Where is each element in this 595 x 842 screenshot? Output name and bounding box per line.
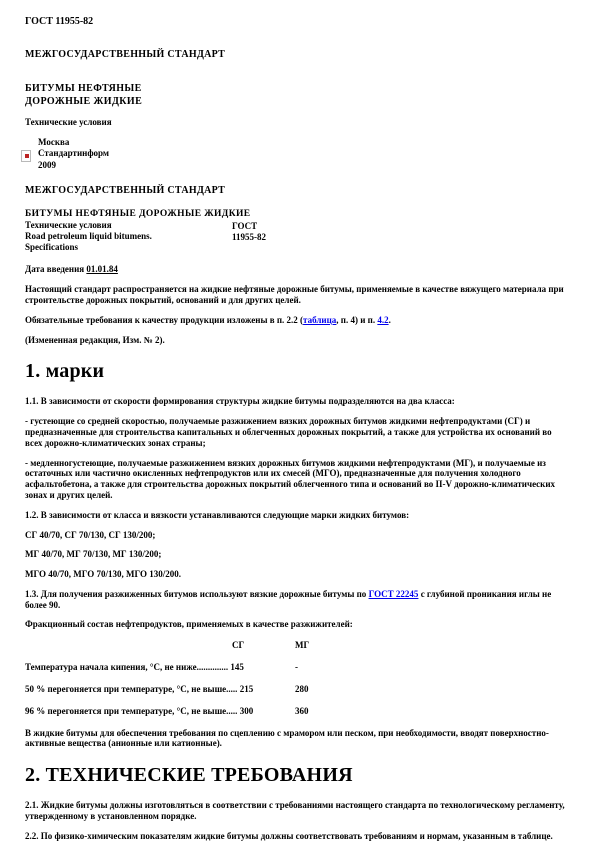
clause-4-2-link[interactable]: 4.2 [377,315,388,325]
fraction-row-initial-boiling: Температура начала кипения, °С, не ниже.… [25,662,570,673]
clause-2-1: 2.1. Жидкие битумы должны изготовляться … [25,800,570,822]
date-label: Дата введения [25,264,86,274]
scope-paragraph: Настоящий стандарт распространяется на ж… [25,284,570,306]
fraction-row-sg-value: 215 [240,684,254,694]
fraction-intro: Фракционный состав нефтепродуктов, приме… [25,619,570,630]
fraction-row-sg-value: 145 [230,662,244,672]
gost-label: ГОСТ [232,221,266,232]
fraction-row-sg-value: 300 [240,706,254,716]
title-line2: ДОРОЖНЫЕ ЖИДКИЕ [25,96,142,107]
marks-mg-line: МГ 40/70, МГ 70/130, МГ 130/200; [25,549,570,560]
publisher-name: Стандартинформ [38,148,570,160]
gost-22245-link[interactable]: ГОСТ 22245 [369,589,419,599]
fraction-table-header: СГ МГ [25,640,570,651]
doc-number-top: ГОСТ 11955-82 [25,16,570,28]
effective-date-line: Дата введения 01.01.84 [25,264,570,275]
document-page: ГОСТ 11955-82 МЕЖГОСУДАРСТВЕННЫЙ СТАНДАР… [0,0,595,842]
inner-subtitle-en: Road petroleum liquid bitumens. [25,231,570,242]
document-title: БИТУМЫ НЕФТЯНЫЕДОРОЖНЫЕ ЖИДКИЕ [25,83,570,108]
standard-type-top: МЕЖГОСУДАРСТВЕННЫЙ СТАНДАРТ [25,49,570,61]
table-link[interactable]: таблица [303,315,336,325]
fraction-row-label: 96 % перегоняется при температуре, °С, н… [25,706,240,716]
marks-sg-line: СГ 40/70, СГ 70/130, СГ 130/200; [25,530,570,541]
fraction-col-mg: МГ [295,640,309,650]
mandatory-paragraph: Обязательные требования к качеству проду… [25,315,570,326]
broken-image-icon [21,150,31,162]
clause-1-3-pre-text: 1.3. Для получения разжиженных битумов и… [25,589,369,599]
broken-image-red-mark [25,154,29,158]
mandatory-mid-text: , п. 4) и п. [336,315,377,325]
clause-1-1-bullet-sg: - густеющие со средней скоростью, получа… [25,416,570,448]
section-1-heading: 1. марки [25,360,570,383]
inner-subtitle-en2: Specifications [25,242,570,253]
publisher-city: Москва [38,137,570,149]
bilingual-header: БИТУМЫ НЕФТЯНЫЕ ДОРОЖНЫЕ ЖИДКИЕ Техничес… [25,209,570,253]
gost-number-block: ГОСТ 11955-82 [232,221,266,243]
publisher-year: 2009 [38,160,570,172]
document-subtitle: Технические условия [25,117,570,128]
clause-1-1-bullet-mg: - медленногустеющие, получаемые разжижен… [25,458,570,501]
gost-number: 11955-82 [232,232,266,243]
publisher-block: Москва Стандартинформ 2009 [25,137,570,172]
marks-mgo-line: МГО 40/70, МГО 70/130, МГО 130/200. [25,569,570,580]
fraction-row-96-percent: 96 % перегоняется при температуре, °С, н… [25,706,570,717]
clause-1-2: 1.2. В зависимости от класса и вязкости … [25,510,570,521]
fraction-row-50-percent: 50 % перегоняется при температуре, °С, н… [25,684,570,695]
fraction-row-mg-value: - [295,662,298,673]
section-2-heading: 2. ТЕХНИЧЕСКИЕ ТРЕБОВАНИЯ [25,764,570,787]
clause-1-3: 1.3. Для получения разжиженных битумов и… [25,589,570,611]
clause-2-2: 2.2. По физико-химическим показателям жи… [25,831,570,842]
fraction-col-sg: СГ [232,640,244,650]
mandatory-pre-text: Обязательные требования к качеству проду… [25,315,303,325]
inner-subtitle-ru: Технические условия [25,220,570,231]
fraction-row-label: 50 % перегоняется при температуре, °С, н… [25,684,240,694]
inner-title: БИТУМЫ НЕФТЯНЫЕ ДОРОЖНЫЕ ЖИДКИЕ [25,209,570,221]
fraction-row-mg-value: 280 [295,684,309,695]
clause-1-1: 1.1. В зависимости от скорости формирова… [25,396,570,407]
fraction-row-label: Температура начала кипения, °С, не ниже.… [25,662,230,672]
title-line1: БИТУМЫ НЕФТЯНЫЕ [25,83,142,94]
surfactant-paragraph: В жидкие битумы для обеспечения требован… [25,728,570,750]
mandatory-post-text: . [389,315,391,325]
date-value: 01.01.84 [86,264,118,274]
fraction-row-mg-value: 360 [295,706,309,717]
standard-type-inner: МЕЖГОСУДАРСТВЕННЫЙ СТАНДАРТ [25,185,570,197]
amendment-note: (Измененная редакция, Изм. № 2). [25,335,570,346]
